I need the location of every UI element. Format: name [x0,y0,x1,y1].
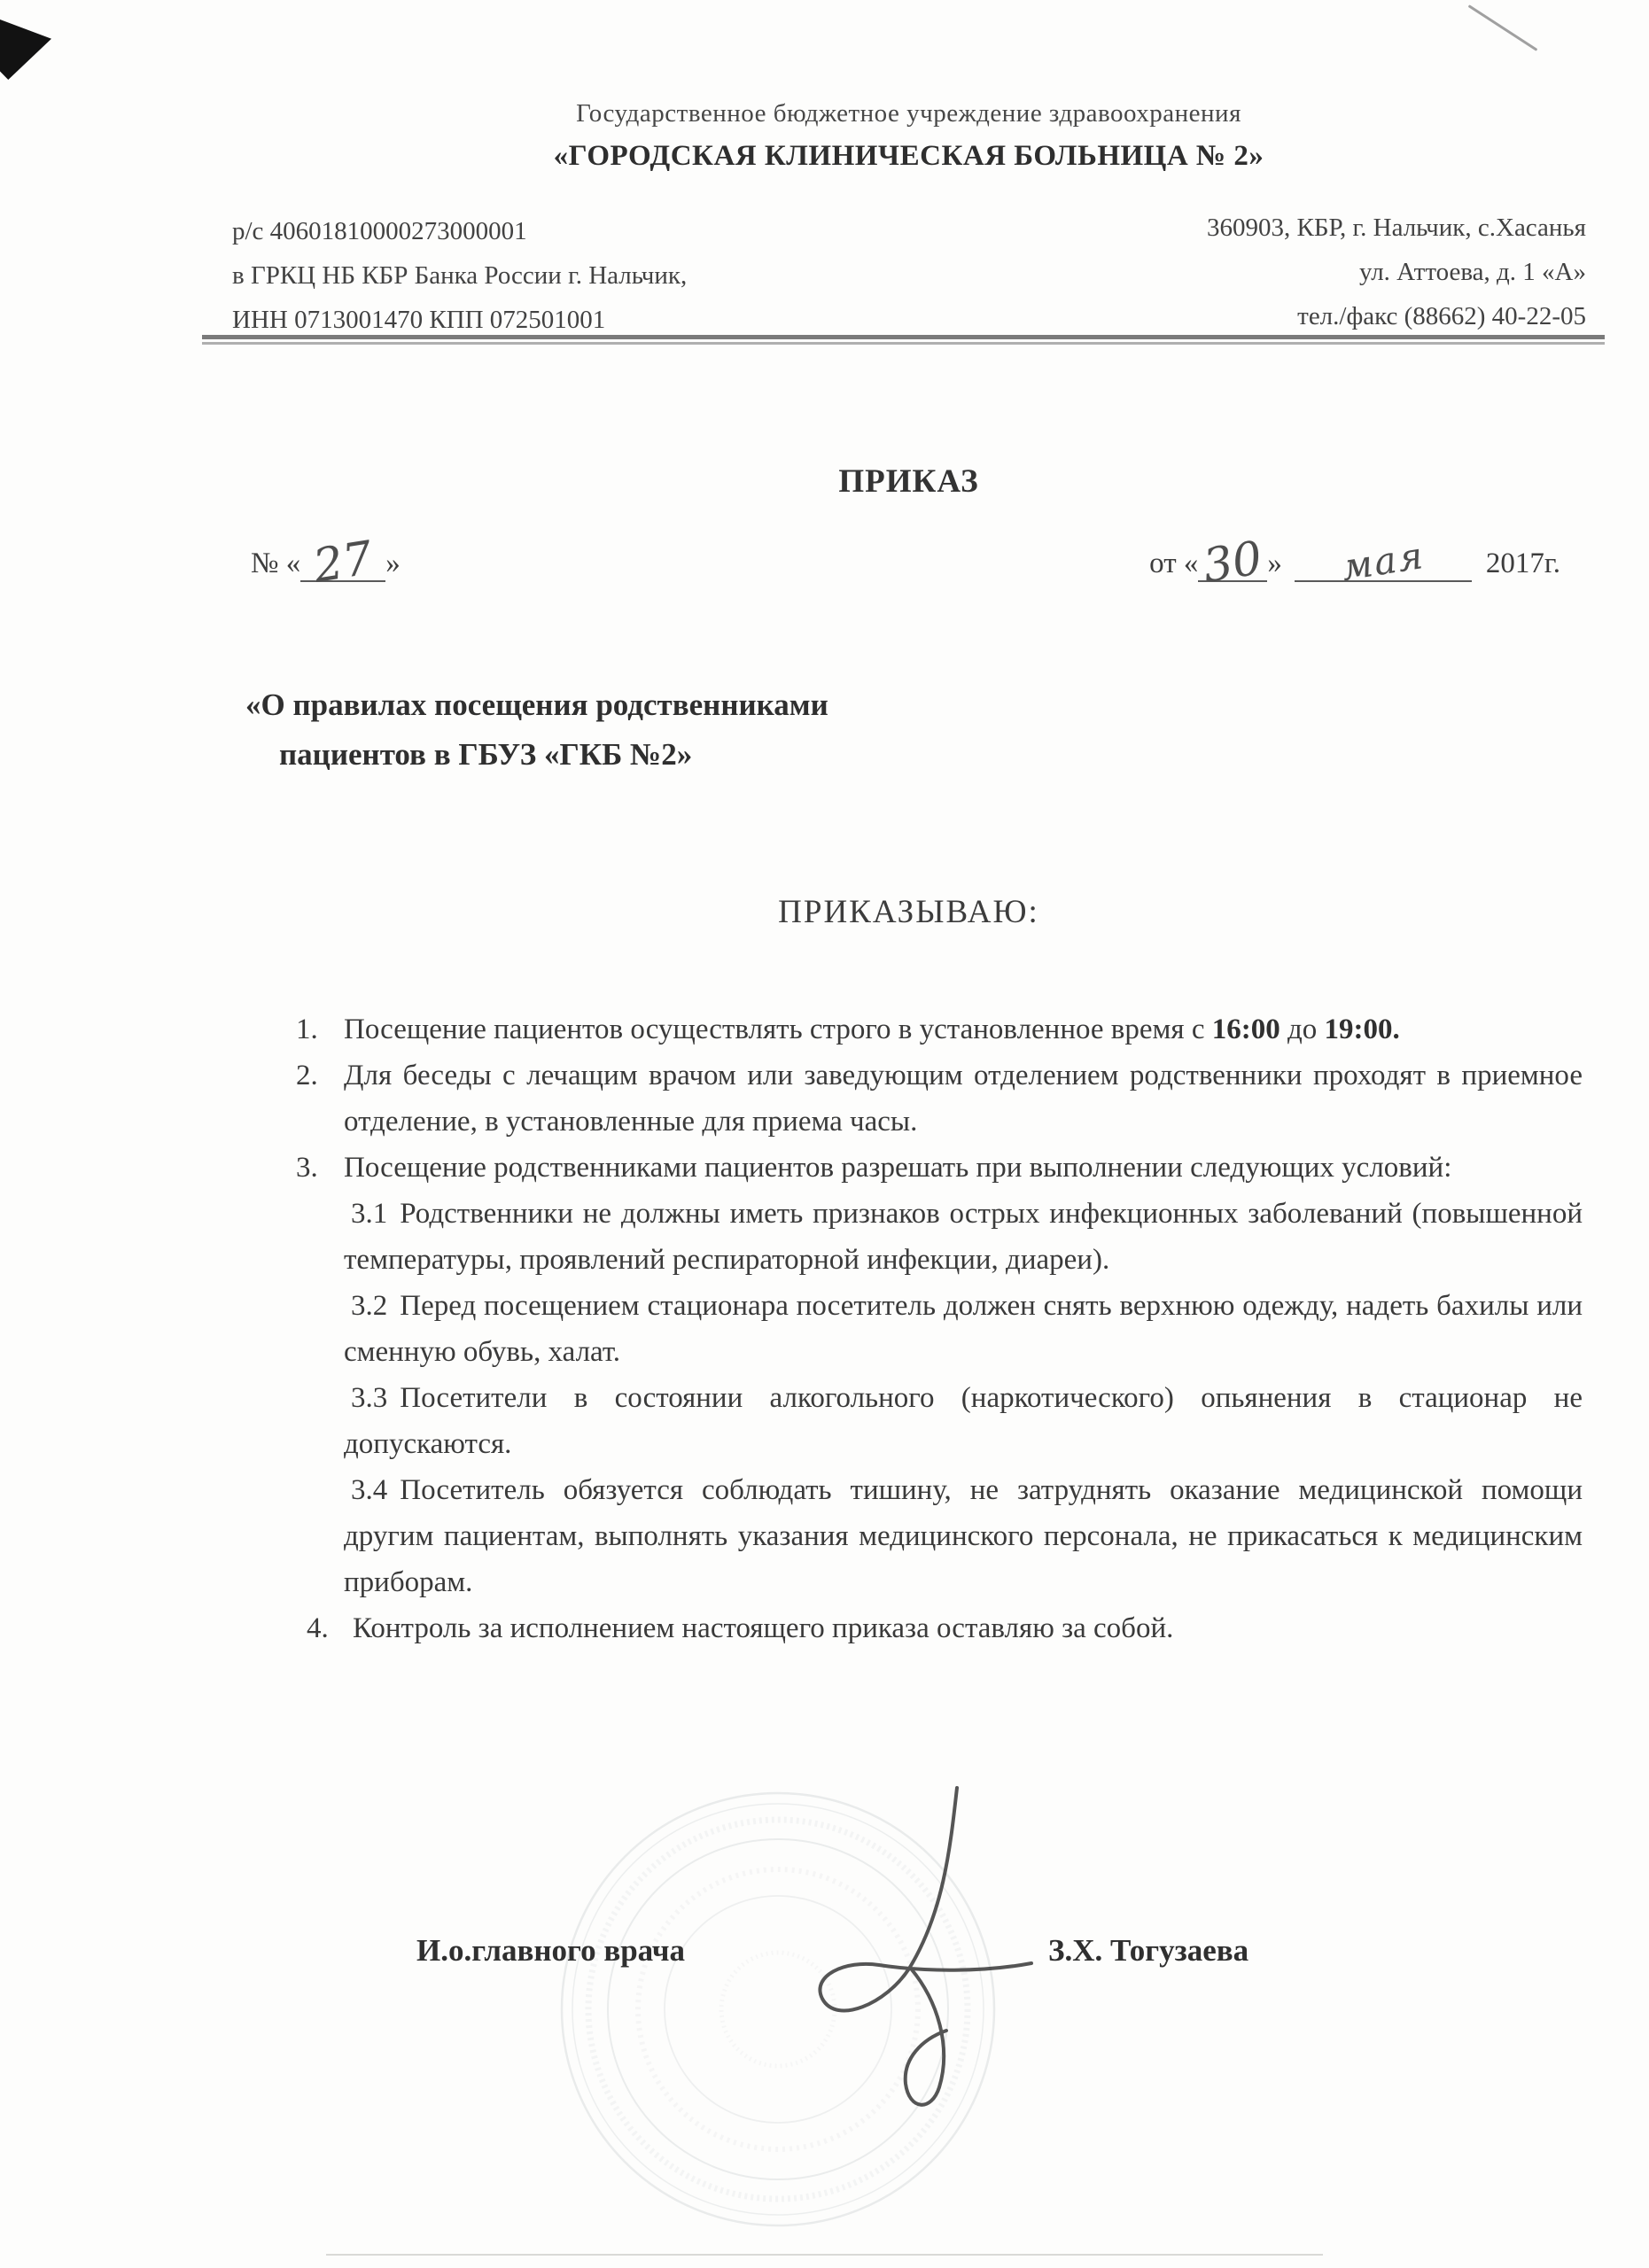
order-subitem-3-1: 3.1Родственники не должны иметь признако… [344,1191,1583,1283]
subitem-number: 3.3 [351,1382,400,1414]
item-bold-time-end: 19:00. [1325,1014,1400,1045]
order-subitem-3-4: 3.4Посетитель обязуется соблюдать тишину… [344,1467,1583,1605]
order-item-1: 1.Посещение пациентов осуществлять строг… [294,1006,1583,1052]
item-number: 2. [296,1052,318,1099]
signer-position: И.о.главного врача [416,1933,685,1969]
item-number: 3. [296,1145,318,1191]
order-item-3: 3.Посещение родственниками пациентов раз… [294,1145,1583,1191]
divider-line-top [202,335,1605,339]
org-name-line: «ГОРОДСКАЯ КЛИНИЧЕСКАЯ БОЛЬНИЦА № 2» [168,140,1649,173]
order-subitem-3-3: 3.3Посетители в состоянии алкогольного (… [344,1375,1583,1467]
order-number-prefix: № « [251,548,300,579]
header-divider [202,335,1605,346]
subitem-text: Посетитель обязуется соблюдать тишину, н… [344,1474,1583,1598]
subitem-number: 3.4 [351,1474,400,1506]
subitem-text: Родственники не должны иметь признаков о… [344,1198,1583,1276]
order-date-day-handwritten: 30 [1203,554,1263,571]
item-number: 4. [307,1605,329,1651]
item-text: Посещение пациентов осуществлять строго … [344,1014,1212,1045]
requisite-account: р/с 40601810000273000001 [232,209,687,253]
address-block: 360903, КБР, г. Нальчик, с.Хасанья ул. А… [1207,206,1586,338]
bank-requisites: р/с 40601810000273000001 в ГРКЦ НБ КБР Б… [232,209,687,342]
phone-line: тел./факс (88662) 40-22-05 [1207,294,1586,338]
order-date-year: 2017г. [1486,548,1560,579]
order-item-4: 4.Контроль за исполнением настоящего при… [294,1605,1583,1651]
subject-line-1: «О правилах посещения родственниками [245,680,828,730]
signer-name: З.Х. Тогузаева [1048,1933,1248,1969]
item-text-mid: до [1280,1014,1325,1045]
org-type-line: Государственное бюджетное учреждение здр… [168,99,1649,128]
subject-line-2: пациентов в ГБУЗ «ГКБ №2» [245,730,828,780]
item-text: Посещение родственниками пациентов разре… [344,1152,1451,1184]
subitem-text: Посетители в состоянии алкогольного (нар… [344,1382,1583,1460]
order-number-handwritten: 27 [314,554,373,571]
subitem-number: 3.1 [351,1198,400,1230]
order-item-2: 2.Для беседы с лечащим врачом или заведу… [294,1052,1583,1145]
order-number: № «27» [251,548,401,582]
order-date-close: » [1267,548,1282,579]
signature-scribble [769,1781,1070,2135]
subitem-number: 3.2 [351,1290,400,1322]
document-title: ПРИКАЗ [168,462,1649,501]
address-line: 360903, КБР, г. Нальчик, с.Хасанья [1207,206,1586,250]
scan-corner-artifact [0,19,51,80]
order-date-month-handwritten: мая [1342,551,1425,573]
order-date-day-underline: 30 [1198,548,1267,582]
requisite-bank: в ГРКЦ НБ КБР Банка России г. Нальчик, [232,253,687,298]
item-text: Контроль за исполнением настоящего прика… [353,1612,1173,1644]
order-date-month-underline: мая [1295,548,1472,582]
order-number-underline: 27 [300,548,385,582]
order-date: от «30»мая2017г. [1149,548,1560,582]
scan-scratch-artifact [1468,4,1538,51]
resolve-heading: ПРИКАЗЫВАЮ: [168,893,1649,931]
order-subject: «О правилах посещения родственниками пац… [245,680,828,780]
street-line: ул. Аттоева, д. 1 «А» [1207,250,1586,294]
subitem-text: Перед посещением стационара посетитель д… [344,1290,1583,1368]
order-subitem-3-2: 3.2Перед посещением стационара посетител… [344,1283,1583,1375]
item-number: 1. [296,1006,318,1052]
divider-line-bottom [202,342,1605,345]
order-date-prefix: от « [1149,548,1198,579]
scanned-order-document: Государственное бюджетное учреждение здр… [0,0,1649,2268]
item-text: Для беседы с лечащим врачом или заведующ… [344,1060,1583,1138]
item-bold-time-start: 16:00 [1212,1014,1280,1045]
order-items-list: 1.Посещение пациентов осуществлять строг… [294,1006,1583,1651]
order-number-close: » [385,548,401,579]
